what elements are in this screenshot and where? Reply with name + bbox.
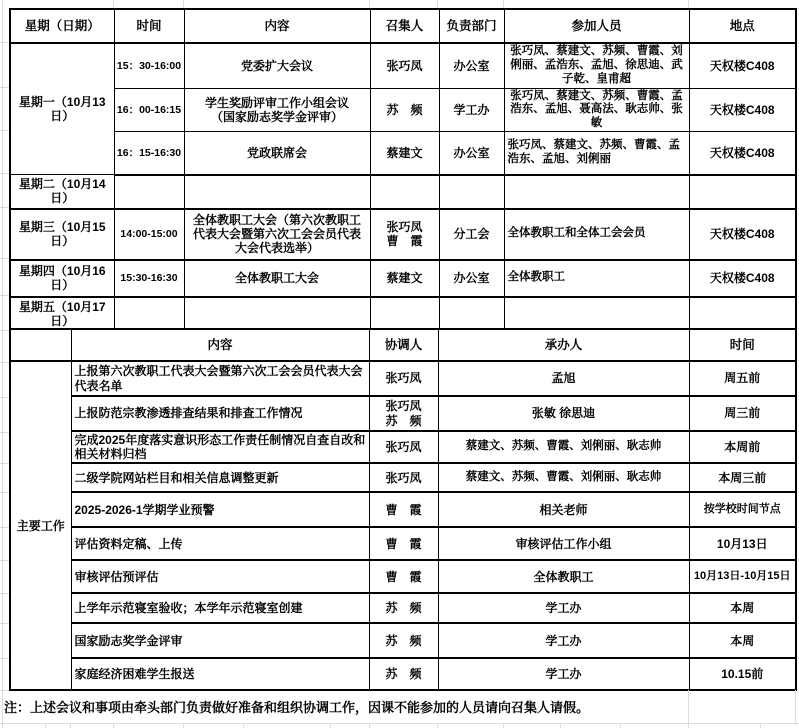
header-content: 内容 xyxy=(184,9,370,43)
time-cell xyxy=(114,175,184,209)
gridline xyxy=(0,560,9,561)
convener-cell: 张巧凤 曹 霞 xyxy=(370,209,439,260)
weekly-schedule-table: 星期（日期） 时间 内容 召集人 负责部门 参加人员 地点 星期一（10月13日… xyxy=(9,8,797,333)
task-time-cell: 周五前 xyxy=(689,361,796,396)
gridline xyxy=(369,0,370,8)
organizer-cell: 蔡建文、苏频、曹霞、刘俐丽、耿志帅 xyxy=(438,463,689,492)
day-cell-monday: 星期一（10月13日） xyxy=(10,43,114,175)
participants-cell: 全体教职工和全体工会会员 xyxy=(504,209,689,260)
gridline xyxy=(0,623,9,624)
header-convener: 召集人 xyxy=(370,9,439,43)
time-cell: 16：00-16:15 xyxy=(114,88,184,132)
task-row: 审核评估预评估 曹 霞 全体教职工 10月13日-10月15日 xyxy=(10,560,796,593)
header-time: 时间 xyxy=(114,9,184,43)
time-cell: 15:30-16:30 xyxy=(114,260,184,297)
gridline xyxy=(437,0,438,8)
gridline xyxy=(560,723,561,728)
location-cell: 天权楼C408 xyxy=(689,43,796,88)
coordinator-cell: 张巧凤 xyxy=(369,361,438,396)
location-cell: 天权楼C408 xyxy=(689,88,796,132)
task-time-cell: 本周 xyxy=(689,593,796,623)
tasks-header-row: 内容 协调人 承办人 时间 xyxy=(10,329,796,361)
content-cell: 党政联席会 xyxy=(184,132,370,175)
task-row: 主要工作 上报第六次教职工代表大会暨第六次工会会员代表大会代表名单 张巧凤 孟旭… xyxy=(10,361,796,396)
gridline xyxy=(795,690,796,723)
task-time-cell: 周三前 xyxy=(689,396,796,431)
task-row: 上学年示范寝室验收；本学年示范寝室创建 苏 频 学工办 本周 xyxy=(10,593,796,623)
content-cell: 全体教职工大会（第六次教职工代表大会暨第六次工会会员代表大会代表选举） xyxy=(184,209,370,260)
coordinator-cell: 张巧凤 苏 频 xyxy=(369,396,438,431)
gridline xyxy=(243,723,244,728)
gridline xyxy=(688,690,689,723)
location-cell xyxy=(689,297,796,332)
participants-cell: 张巧凤、蔡建文、苏频、曹霞、孟浩东、孟旭、聂高法、耿志帅、张敏 xyxy=(504,88,689,132)
gridline xyxy=(0,173,9,174)
schedule-header-row: 星期（日期） 时间 内容 召集人 负责部门 参加人员 地点 xyxy=(10,9,796,43)
weekly-schedule-page: 星期（日期） 时间 内容 召集人 负责部门 参加人员 地点 星期一（10月13日… xyxy=(0,0,799,728)
gridline xyxy=(2,0,3,728)
gridline xyxy=(688,723,689,728)
day-cell-thursday: 星期四（10月16日） xyxy=(10,260,114,297)
task-row: 上报防范宗教渗透排查结果和排查工作情况 张巧凤 苏 频 张敏 徐思迪 周三前 xyxy=(10,396,796,431)
location-cell: 天权楼C408 xyxy=(689,209,796,260)
department-cell: 分工会 xyxy=(439,209,504,260)
content-cell xyxy=(184,297,370,332)
task-time-cell: 10.15前 xyxy=(689,658,796,690)
task-content-cell: 评估资料定稿、上传 xyxy=(71,527,369,560)
task-content-cell: 家庭经济困难学生报送 xyxy=(71,658,369,690)
organizer-cell: 学工办 xyxy=(438,658,689,690)
task-content-cell: 上学年示范寝室验收；本学年示范寝室创建 xyxy=(71,593,369,623)
gridline xyxy=(0,723,799,724)
main-tasks-table: 内容 协调人 承办人 时间 主要工作 上报第六次教职工代表大会暨第六次工会会员代… xyxy=(9,328,797,691)
header-task-content: 内容 xyxy=(71,329,369,361)
gridline xyxy=(70,723,71,728)
gridline xyxy=(688,0,689,8)
gridline xyxy=(183,723,184,728)
footer-note: 注：上述会议和事项由牵头部门负责做好准备和组织协调工作，因课不能参加的人员请向召… xyxy=(4,690,684,723)
task-content-cell: 上报第六次教职工代表大会暨第六次工会会员代表大会代表名单 xyxy=(71,361,369,396)
gridline xyxy=(503,0,504,8)
gridline xyxy=(0,42,9,43)
day-cell-friday: 星期五（10月17日） xyxy=(10,297,114,332)
gridline xyxy=(0,658,9,659)
task-content-cell: 国家励志奖学金评审 xyxy=(71,623,369,658)
participants-cell xyxy=(504,175,689,209)
tasks-group-label: 主要工作 xyxy=(10,361,71,690)
header-department: 负责部门 xyxy=(439,9,504,43)
participants-cell xyxy=(504,297,689,332)
header-participants: 参加人员 xyxy=(504,9,689,43)
gridline xyxy=(0,207,9,208)
task-row: 国家励志奖学金评审 苏 频 学工办 本周 xyxy=(10,623,796,658)
gridline xyxy=(45,723,46,728)
organizer-cell: 全体教职工 xyxy=(438,560,689,593)
gridline xyxy=(0,432,9,433)
task-time-cell: 本周前 xyxy=(689,431,796,463)
department-cell xyxy=(439,175,504,209)
organizer-cell: 审核评估工作小组 xyxy=(438,527,689,560)
schedule-row-thursday: 星期四（10月16日） 15:30-16:30 全体教职工大会 蔡建文 办公室 … xyxy=(10,260,796,297)
content-cell: 全体教职工大会 xyxy=(184,260,370,297)
header-coordinator: 协调人 xyxy=(369,329,438,361)
gridline xyxy=(330,723,331,728)
task-content-cell: 二级学院网站栏目和相关信息调整更新 xyxy=(71,463,369,492)
header-organizer: 承办人 xyxy=(438,329,689,361)
coordinator-cell: 曹 霞 xyxy=(369,492,438,527)
coordinator-cell: 苏 频 xyxy=(369,658,438,690)
coordinator-cell: 曹 霞 xyxy=(369,527,438,560)
content-cell: 党委扩大会议 xyxy=(184,43,370,88)
department-cell: 办公室 xyxy=(439,43,504,88)
time-cell: 16：15-16:30 xyxy=(114,132,184,175)
gridline xyxy=(0,527,9,528)
task-content-cell: 2025-2026-1学期学业预警 xyxy=(71,492,369,527)
gridline xyxy=(0,130,9,131)
time-cell xyxy=(114,297,184,332)
content-cell xyxy=(184,175,370,209)
tasks-corner-cell xyxy=(10,329,71,361)
department-cell: 办公室 xyxy=(439,260,504,297)
organizer-cell: 张敏 徐思迪 xyxy=(438,396,689,431)
gridline xyxy=(0,362,9,363)
gridline xyxy=(0,258,9,259)
gridline xyxy=(369,723,370,728)
participants-cell: 全体教职工 xyxy=(504,260,689,297)
header-task-time: 时间 xyxy=(689,329,796,361)
gridline xyxy=(0,463,9,464)
organizer-cell: 学工办 xyxy=(438,593,689,623)
convener-cell: 蔡建文 xyxy=(370,132,439,175)
task-content-cell: 完成2025年度落实意识形态工作责任制情况自查自改和相关材料归档 xyxy=(71,431,369,463)
coordinator-cell: 曹 霞 xyxy=(369,560,438,593)
schedule-row-friday: 星期五（10月17日） xyxy=(10,297,796,332)
task-row: 评估资料定稿、上传 曹 霞 审核评估工作小组 10月13日 xyxy=(10,527,796,560)
schedule-row-monday-1: 星期一（10月13日） 15：30-16:00 党委扩大会议 张巧凤 办公室 张… xyxy=(10,43,796,88)
location-cell: 天权楼C408 xyxy=(689,132,796,175)
department-cell: 学工办 xyxy=(439,88,504,132)
organizer-cell: 学工办 xyxy=(438,623,689,658)
gridline xyxy=(437,723,438,728)
day-cell-wednesday: 星期三（10月15日） xyxy=(10,209,114,260)
schedule-row-monday-2: 16：00-16:15 学生奖励评审工作小组会议 （国家励志奖学金评审） 苏 频… xyxy=(10,88,796,132)
convener-cell xyxy=(370,297,439,332)
task-content-cell: 审核评估预评估 xyxy=(71,560,369,593)
gridline xyxy=(0,295,9,296)
day-cell-tuesday: 星期二（10月14日） xyxy=(10,175,114,209)
schedule-row-tuesday: 星期二（10月14日） xyxy=(10,175,796,209)
convener-cell: 苏 频 xyxy=(370,88,439,132)
task-time-cell: 本周 xyxy=(689,623,796,658)
organizer-cell: 蔡建文、苏频、曹霞、刘俐丽、耿志帅 xyxy=(438,431,689,463)
gridline xyxy=(183,0,184,8)
task-row: 完成2025年度落实意识形态工作责任制情况自查自改和相关材料归档 张巧凤 蔡建文… xyxy=(10,431,796,463)
convener-cell xyxy=(370,175,439,209)
time-cell: 15：30-16:00 xyxy=(114,43,184,88)
participants-cell: 张巧凤、蔡建文、苏频、曹霞、孟浩东、孟旭、刘俐丽 xyxy=(504,132,689,175)
gridline xyxy=(0,87,9,88)
gridline xyxy=(0,330,9,331)
gridline xyxy=(113,0,114,8)
task-content-cell: 上报防范宗教渗透排查结果和排查工作情况 xyxy=(71,396,369,431)
participants-cell: 张巧凤、蔡建文、苏频、曹霞、刘俐丽、孟浩东、孟旭、徐思迪、武子乾、皇甫超 xyxy=(504,43,689,88)
content-cell: 学生奖励评审工作小组会议 （国家励志奖学金评审） xyxy=(184,88,370,132)
schedule-row-wednesday: 星期三（10月15日） 14:00-15:00 全体教职工大会（第六次教职工代表… xyxy=(10,209,796,260)
gridline xyxy=(620,723,621,728)
gridline xyxy=(503,723,504,728)
task-time-cell: 10月13日-10月15日 xyxy=(689,560,796,593)
gridline xyxy=(0,492,9,493)
coordinator-cell: 张巧凤 xyxy=(369,463,438,492)
convener-cell: 蔡建文 xyxy=(370,260,439,297)
header-day: 星期（日期） xyxy=(10,9,114,43)
department-cell: 办公室 xyxy=(439,132,504,175)
task-time-cell: 按学校时间节点 xyxy=(689,492,796,527)
department-cell xyxy=(439,297,504,332)
gridline xyxy=(0,397,9,398)
task-row: 2025-2026-1学期学业预警 曹 霞 相关老师 按学校时间节点 xyxy=(10,492,796,527)
location-cell: 天权楼C408 xyxy=(689,260,796,297)
organizer-cell: 孟旭 xyxy=(438,361,689,396)
organizer-cell: 相关老师 xyxy=(438,492,689,527)
header-location: 地点 xyxy=(689,9,796,43)
schedule-row-monday-3: 16：15-16:30 党政联席会 蔡建文 办公室 张巧凤、蔡建文、苏频、曹霞、… xyxy=(10,132,796,175)
location-cell xyxy=(689,175,796,209)
task-row: 家庭经济困难学生报送 苏 频 学工办 10.15前 xyxy=(10,658,796,690)
convener-cell: 张巧凤 xyxy=(370,43,439,88)
task-time-cell: 本周三前 xyxy=(689,463,796,492)
gridline xyxy=(0,690,9,691)
time-cell: 14:00-15:00 xyxy=(114,209,184,260)
task-time-cell: 10月13日 xyxy=(689,527,796,560)
task-row: 二级学院网站栏目和相关信息调整更新 张巧凤 蔡建文、苏频、曹霞、刘俐丽、耿志帅 … xyxy=(10,463,796,492)
coordinator-cell: 苏 频 xyxy=(369,623,438,658)
coordinator-cell: 苏 频 xyxy=(369,593,438,623)
gridline xyxy=(113,723,114,728)
coordinator-cell: 张巧凤 xyxy=(369,431,438,463)
gridline xyxy=(0,593,9,594)
gridline xyxy=(760,723,761,728)
